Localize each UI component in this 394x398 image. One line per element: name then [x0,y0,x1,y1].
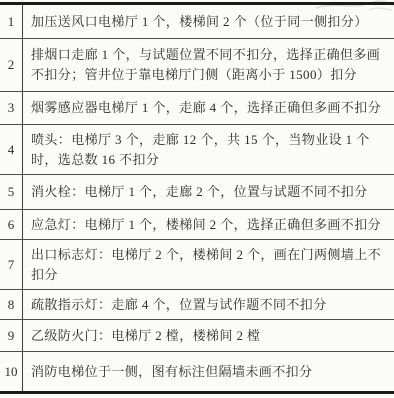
row-number: 10 [5,364,18,380]
row-text: 烟雾感应器电梯厅 1 个，走廊 4 个，选择正确但多画不扣分 [31,98,381,118]
table-row: 6 应急灯：电梯厅 1 个，楼梯间 2 个，选择正确但多画不扣分 [0,210,394,240]
scanned-document-page: { "document": { "colors": { "border_heav… [0,0,394,398]
table-row: 9 乙级防火门：电梯厅 2 樘，楼梯间 2 樘 [0,320,394,352]
row-text: 消防电梯位于一侧，图有标注但隔墙未画不扣分 [31,362,312,382]
table-row: 5 消火栓：电梯厅 1 个，走廊 2 个，位置与试题不同不扣分 [0,175,394,210]
table-row: 3 烟雾感应器电梯厅 1 个，走廊 4 个，选择正确但多画不扣分 [0,92,394,125]
row-number: 2 [8,57,15,73]
row-text: 排烟口走廊 1 个，与试题位置不同不扣分，选择正确但多画不扣分；管井位于靠电梯厅… [31,45,390,85]
row-content-cell: 排烟口走廊 1 个，与试题位置不同不扣分，选择正确但多画不扣分；管井位于靠电梯厅… [23,39,394,91]
row-number-cell: 1 [0,5,23,38]
row-number: 9 [8,328,15,344]
table-row: 2 排烟口走廊 1 个，与试题位置不同不扣分，选择正确但多画不扣分；管井位于靠电… [0,39,394,92]
row-number: 6 [8,217,15,233]
row-content-cell: 消防电梯位于一侧，图有标注但隔墙未画不扣分 [23,352,394,391]
row-number: 5 [8,184,15,200]
row-number-cell: 4 [0,125,23,174]
row-text: 疏散指示灯：走廊 4 个，位置与试作题不同不扣分 [31,295,327,315]
table-row: 10 消防电梯位于一侧，图有标注但隔墙未画不扣分 [0,352,394,391]
row-content-cell: 乙级防火门：电梯厅 2 樘，楼梯间 2 樘 [23,320,394,351]
table-row: 1 加压送风口电梯厅 1 个，楼梯间 2 个（位于同一侧扣分） [0,5,394,39]
row-text: 消火栓：电梯厅 1 个，走廊 2 个，位置与试题不同不扣分 [31,182,368,202]
row-text: 喷头：电梯厅 3 个，走廊 12 个，共 15 个，当物业设 1 个时，选总数 … [31,130,390,170]
table-row: 7 出口标志灯：电梯厅 2 个，楼梯间 2 个，画在门两侧墙上不扣分 [0,240,394,290]
row-number-cell: 8 [0,290,23,319]
row-content-cell: 烟雾感应器电梯厅 1 个，走廊 4 个，选择正确但多画不扣分 [23,92,394,124]
row-text: 出口标志灯：电梯厅 2 个，楼梯间 2 个，画在门两侧墙上不扣分 [31,245,390,285]
table-row: 4 喷头：电梯厅 3 个，走廊 12 个，共 15 个，当物业设 1 个时，选总… [0,125,394,175]
row-text: 加压送风口电梯厅 1 个，楼梯间 2 个（位于同一侧扣分） [31,12,368,32]
row-number-cell: 5 [0,175,23,209]
row-content-cell: 疏散指示灯：走廊 4 个，位置与试作题不同不扣分 [23,290,394,319]
grading-criteria-table: 1 加压送风口电梯厅 1 个，楼梯间 2 个（位于同一侧扣分） 2 排烟口走廊 … [0,2,394,394]
row-number: 8 [8,297,15,313]
row-number: 7 [8,257,15,273]
row-content-cell: 出口标志灯：电梯厅 2 个，楼梯间 2 个，画在门两侧墙上不扣分 [23,240,394,289]
row-content-cell: 消火栓：电梯厅 1 个，走廊 2 个，位置与试题不同不扣分 [23,175,394,209]
row-number-cell: 3 [0,92,23,124]
row-number-cell: 9 [0,320,23,351]
row-text: 应急灯：电梯厅 1 个，楼梯间 2 个，选择正确但多画不扣分 [31,215,381,235]
row-number-cell: 2 [0,39,23,91]
row-number-cell: 7 [0,240,23,289]
table-row: 8 疏散指示灯：走廊 4 个，位置与试作题不同不扣分 [0,290,394,320]
row-content-cell: 喷头：电梯厅 3 个，走廊 12 个，共 15 个，当物业设 1 个时，选总数 … [23,125,394,174]
row-number: 1 [8,14,15,30]
row-text: 乙级防火门：电梯厅 2 樘，楼梯间 2 樘 [31,326,260,346]
row-content-cell: 加压送风口电梯厅 1 个，楼梯间 2 个（位于同一侧扣分） [23,5,394,38]
row-number-cell: 6 [0,210,23,239]
row-content-cell: 应急灯：电梯厅 1 个，楼梯间 2 个，选择正确但多画不扣分 [23,210,394,239]
row-number: 4 [8,142,15,158]
table-body: 1 加压送风口电梯厅 1 个，楼梯间 2 个（位于同一侧扣分） 2 排烟口走廊 … [0,5,394,391]
row-number-cell: 10 [0,352,23,391]
row-number: 3 [8,100,15,116]
